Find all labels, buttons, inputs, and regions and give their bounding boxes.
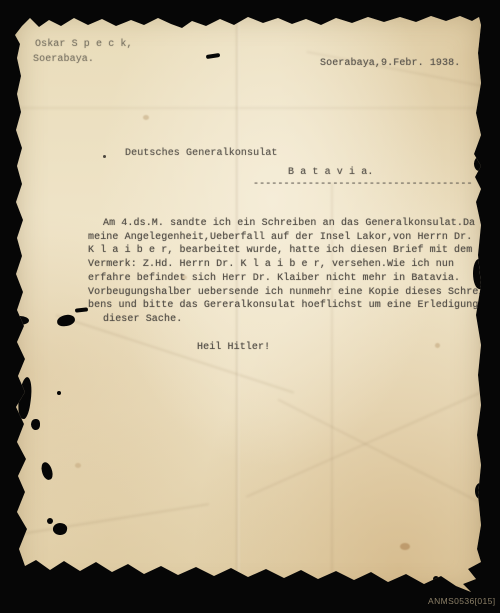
paper-hole: [433, 576, 439, 582]
body-line: K l a i b e r, bearbeitet wurde, hatte i…: [88, 244, 485, 258]
body-line: Vermerk: Z.Hd. Herrn Dr. K l a i b e r, …: [88, 258, 485, 272]
archive-number: ANMS0536[015]: [428, 596, 496, 606]
edge-notch: [473, 259, 485, 289]
edge-notch: [475, 483, 485, 499]
body-line: meine Angelegenheit,Ueberfall auf der In…: [88, 231, 485, 245]
crease-line: [278, 399, 493, 510]
sender-name: Oskar S p e c k,: [35, 38, 133, 52]
paper-hole: [56, 314, 75, 327]
letter-paper: Oskar S p e c k, Soerabaya. Soerabaya,9.…: [15, 13, 483, 596]
edge-notch: [474, 157, 484, 171]
crease-line: [15, 107, 483, 109]
photo-background: Oskar S p e c k, Soerabaya. Soerabaya,9.…: [0, 0, 500, 613]
dashed-underline: ------------------------------------: [253, 178, 473, 192]
paper-hole: [31, 419, 40, 430]
paper-hole: [11, 316, 29, 325]
paper-tear: [99, 576, 131, 598]
dateline: Soerabaya,9.Febr. 1938.: [320, 57, 460, 71]
closing-salute: Heil Hitler!: [197, 341, 270, 355]
paper-hole: [47, 518, 53, 524]
paper-hole: [52, 522, 68, 537]
body-line: bens und bitte das Gereralkonsulat hoefl…: [88, 299, 485, 313]
ink-dash-mark: [75, 307, 88, 312]
paper-tear: [16, 376, 34, 419]
recipient-name: Deutsches Generalkonsulat: [125, 147, 278, 161]
ink-dot: [103, 155, 106, 158]
body-line: erfahre befindet sich Herr Dr. Klaiber n…: [88, 272, 485, 286]
stain: [75, 463, 81, 468]
body-line: Am 4.ds.M. sandte ich ein Schreiben an d…: [88, 217, 485, 231]
paper-tear: [40, 461, 54, 481]
body-line: dieser Sache.: [88, 313, 485, 327]
body-line: Vorbeugungshalber uebersende ich nunmehr…: [88, 286, 485, 300]
letter-body: Am 4.ds.M. sandte ich ein Schreiben an d…: [88, 217, 485, 327]
crease-line: [246, 390, 484, 498]
ink-dash-mark: [206, 53, 220, 59]
stain: [400, 543, 410, 550]
stain: [143, 115, 149, 120]
stain: [435, 343, 440, 348]
paper-hole: [57, 391, 61, 395]
sender-city: Soerabaya.: [33, 53, 94, 67]
